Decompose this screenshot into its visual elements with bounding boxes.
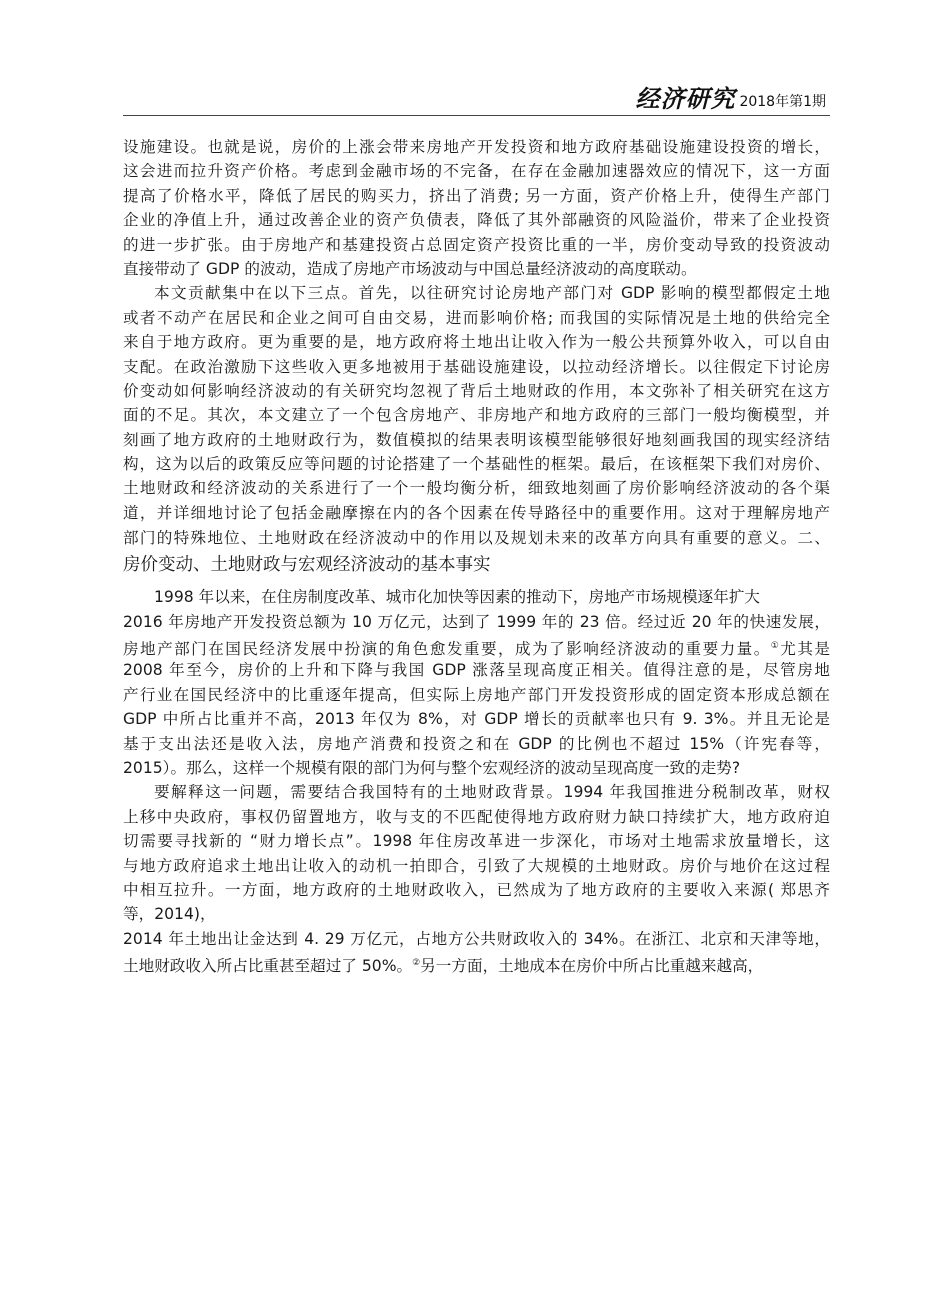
footnote-marker-2[interactable]: ② [412,958,420,968]
text-line: 直接带动了 GDP 的波动，造成了房地产市场波动与中国总量经济波动的高度联动。 [123,257,830,281]
text-line: 这会进而拉升资产价格。考虑到金融市场的不完备，在存在金融加速器效应的情况下，这一… [123,159,830,183]
text-line: 2014 年土地出让金达到 4. 29 万亿元，占地方公共财政收入的 34%。在… [123,927,830,951]
text-fragment: 房地产部门在国民经济发展中扮演的角色愈发重要，成为了影响经济波动的重要力量。 [123,640,771,658]
article-body: 设施建设。也就是说，房价的上涨会带来房地产开发投资和地方政府基础设施建设投资的增… [123,135,830,976]
text-line: 要解释这一问题，需要结合我国特有的土地财政背景。1994 年我国推进分税制改革，… [123,780,830,804]
paragraph-3: 1998 年以来，在住房制度改革、城市化加快等因素的推动下，房地产市场规模逐年扩… [123,585,830,780]
text-line: 面的不足。其次，本文建立了一个包含房地产、非房地产和地方政府的三部门一般均衡模型… [123,403,830,427]
running-header: 经济研究 2018年第1期 [123,84,830,116]
text-line: 企业的净值上升，通过改善企业的资产负债表，降低了其外部融资的风险溢价，带来了企业… [123,208,830,232]
text-line: 或者不动产在居民和企业之间可自由交易，进而影响价格; 而我国的实际情况是土地的供… [123,306,830,330]
text-line: 2016 年房地产开发投资总额为 10 万亿元，达到了 1999 年的 23 倍… [123,610,830,634]
text-line-with-footnote: 土地财政收入所占比重甚至超过了 50%。②另一方面，土地成本在房价中所占比重越来… [123,951,830,975]
text-line: 价变动如何影响经济波动的有关研究均忽视了背后土地财政的作用，本文弥补了相关研究在… [123,379,830,403]
text-line: 提高了价格水平，降低了居民的购买力，挤出了消费; 另一方面，资产价格上升，使得生… [123,184,830,208]
text-line: 本文贡献集中在以下三点。首先，以往研究讨论房地产部门对 GDP 影响的模型都假定… [123,281,830,305]
text-line: 部门的特殊地位、土地财政在经济波动中的作用以及规划未来的改革方向具有重要的意义。… [123,525,830,551]
text-line: 设施建设。也就是说，房价的上涨会带来房地产开发投资和地方政府基础设施建设投资的增… [123,135,830,159]
text-fragment: 土地财政收入所占比重甚至超过了 50%。 [123,957,412,975]
text-line: 刻画了地方政府的土地财政行为，数值模拟的结果表明该模型能够很好地刻画我国的现实经… [123,428,830,452]
text-line: 等，2014)， [123,902,830,926]
text-line: 1998 年以来，在住房制度改革、城市化加快等因素的推动下，房地产市场规模逐年扩… [123,585,830,609]
text-line: 道，并详细地讨论了包括金融摩擦在内的各个因素在传导路径中的重要作用。这对于理解房… [123,501,830,525]
paragraph-2: 本文贡献集中在以下三点。首先，以往研究讨论房地产部门对 GDP 影响的模型都假定… [123,281,830,551]
text-line: 与地方政府追求土地出让收入的动机一拍即合，引致了大规模的土地财政。房价与地价在这… [123,854,830,878]
text-line: 上移中央政府，事权仍留置地方，收与支的不匹配使得地方政府财力缺口持续扩大，地方政… [123,805,830,829]
text-line: GDP 中所占比重并不高，2013 年仅为 8%，对 GDP 增长的贡献率也只有… [123,707,830,731]
issue-label: 2018年第1期 [739,92,826,112]
text-line: 构，这为以后的政策反应等问题的讨论搭建了一个基础性的框架。最后，在该框架下我们对… [123,452,830,476]
text-line: 切需要寻找新的 “财力增长点”。1998 年住房改革进一步深化，市场对土地需求放… [123,829,830,853]
paragraph-4: 要解释这一问题，需要结合我国特有的土地财政背景。1994 年我国推进分税制改革，… [123,780,830,975]
footnote-marker-1[interactable]: ① [771,641,781,651]
text-line: 中相互拉升。一方面，地方政府的土地财政收入，已然成为了地方政府的主要收入来源( … [123,878,830,902]
text-line: 产行业在国民经济中的比重逐年提高，但实际上房地产部门开发投资形成的固定资本形成总… [123,683,830,707]
text-line: 2008 年至今，房价的上升和下降与我国 GDP 涨落呈现高度正相关。值得注意的… [123,658,830,682]
journal-logo: 经济研究 [635,86,735,112]
text-line: 来自于地方政府。更为重要的是，地方政府将土地出让收入作为一般公共预算外收入，可以… [123,330,830,354]
text-fragment: 尤其是 [780,640,830,658]
text-line: 的进一步扩张。由于房地产和基建投资占总固定资产投资比重的一半，房价变动导致的投资… [123,233,830,257]
text-line-with-footnote: 房地产部门在国民经济发展中扮演的角色愈发重要，成为了影响经济波动的重要力量。①尤… [123,634,830,658]
text-line: 支配。在政治激励下这些收入更多地被用于基础设施建设，以拉动经济增长。以往假定下讨… [123,355,830,379]
section-heading: 房价变动、土地财政与宏观经济波动的基本事实 [123,551,830,579]
text-line: 基于支出法还是收入法，房地产消费和投资之和在 GDP 的比例也不超过 15%（许… [123,732,830,756]
text-line: 土地财政和经济波动的关系进行了一个一般均衡分析，细致地刻画了房价影响经济波动的各… [123,476,830,500]
header-right: 经济研究 2018年第1期 [635,86,826,112]
paragraph-1: 设施建设。也就是说，房价的上涨会带来房地产开发投资和地方政府基础设施建设投资的增… [123,135,830,281]
text-line: 2015）。那么，这样一个规模有限的部门为何与整个宏观经济的波动呈现高度一致的走… [123,756,830,780]
text-fragment: 另一方面，土地成本在房价中所占比重越来越高， [420,957,763,975]
